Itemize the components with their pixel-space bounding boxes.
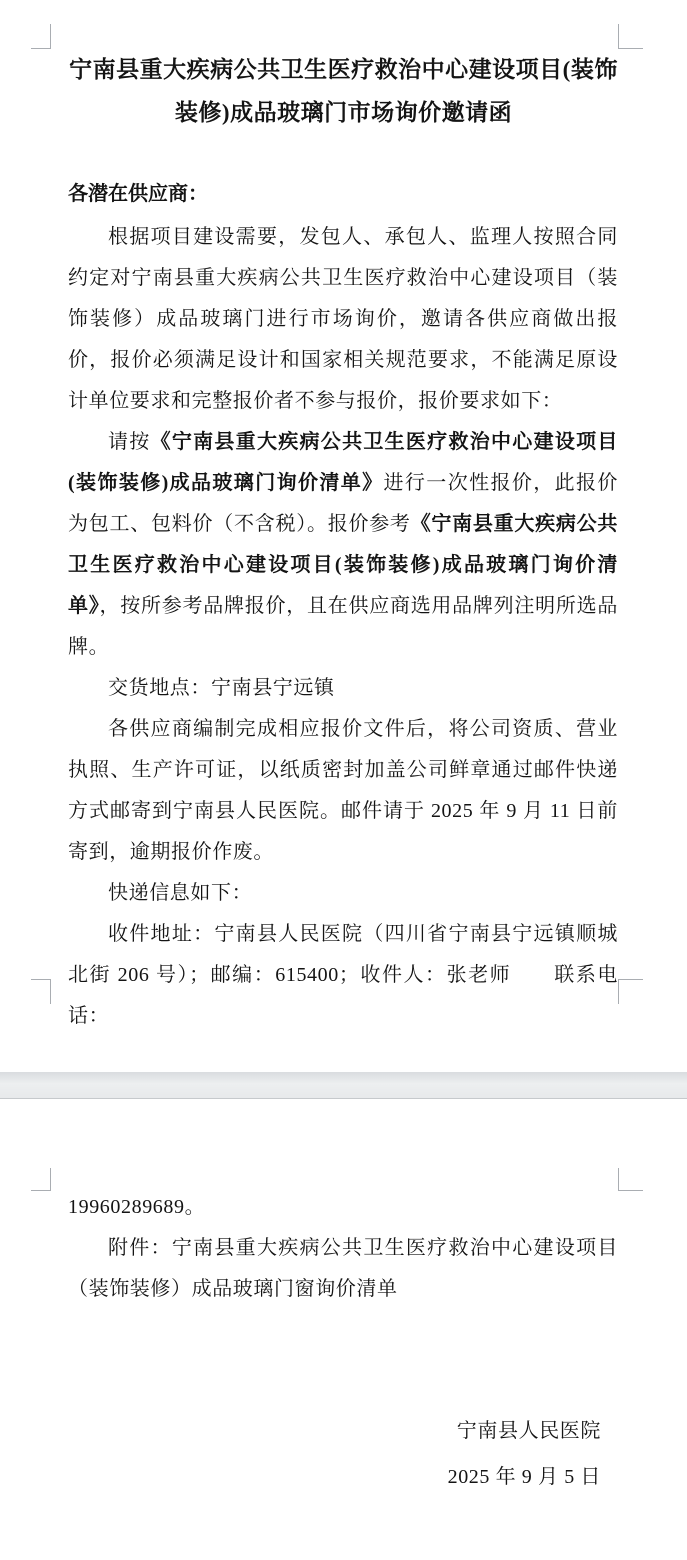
document-viewport: 宁南县重大疾病公共卫生医疗救治中心建设项目(装饰装修)成品玻璃门市场询价邀请函 … [0,0,687,1560]
crop-mark-top-left [31,1168,51,1191]
document-title: 宁南县重大疾病公共卫生医疗救治中心建设项目(装饰装修)成品玻璃门市场询价邀请函 [61,48,627,134]
crop-mark-top-left [31,24,51,49]
text-segment: 收件地址：宁南县人民医院（四川省宁南县宁远镇顺城北街 206 号）；邮编：615… [68,923,618,1027]
document-body: 根据项目建设需要，发包人、承包人、监理人按照合同约定对宁南县重大疾病公共卫生医疗… [68,217,618,1037]
crop-mark-top-right [618,1168,643,1191]
document-body-continued: 19960289689。 附件：宁南县重大疾病公共卫生医疗救治中心建设项目（装饰… [68,1187,618,1310]
document-page-1: 宁南县重大疾病公共卫生医疗救治中心建设项目(装饰装修)成品玻璃门市场询价邀请函 … [0,0,687,1072]
paragraph-project-intro: 根据项目建设需要，发包人、承包人、监理人按照合同约定对宁南县重大疾病公共卫生医疗… [68,217,618,422]
paragraph-attachment: 附件：宁南县重大疾病公共卫生医疗救治中心建设项目（装饰装修）成品玻璃门窗询价清单 [68,1228,618,1310]
paragraph-mailing-instructions: 各供应商编制完成相应报价文件后，将公司资质、营业执照、生产许可证，以纸质密封加盖… [68,709,618,873]
text-segment: 快递信息如下： [108,882,252,904]
paragraph-phone-continuation: 19960289689。 [68,1187,618,1228]
paragraph-delivery-location: 交货地点：宁南县宁远镇 [68,668,618,709]
document-page-2: 19960289689。 附件：宁南县重大疾病公共卫生医疗救治中心建设项目（装饰… [0,1099,687,1560]
salutation: 各潜在供应商： [68,181,618,207]
text-segment: 根据项目建设需要，发包人、承包人、监理人按照合同约定对宁南县重大疾病公共卫生医疗… [68,226,618,412]
paragraph-recipient-address: 收件地址：宁南县人民医院（四川省宁南县宁远镇顺城北街 206 号）；邮编：615… [68,914,618,1037]
text-segment: 交货地点：宁南县宁远镇 [108,677,335,699]
text-segment: 各供应商编制完成相应报价文件后，将公司资质、营业执照、生产许可证，以纸质密封加盖… [68,718,618,863]
paragraph-courier-info-label: 快递信息如下： [68,873,618,914]
signature-organization: 宁南县人民医院 [0,1408,601,1454]
signature-date: 2025 年 9 月 5 日 [0,1454,601,1500]
paragraph-quote-requirements: 请按《宁南县重大疾病公共卫生医疗救治中心建设项目(装饰装修)成品玻璃门询价清单》… [68,422,618,668]
page-break-separator [0,1072,687,1099]
text-segment: 请按 [108,431,151,453]
crop-mark-bottom-left [31,979,51,1004]
text-segment: ，按所参考品牌报价，且在供应商选用品牌列注明所选品牌。 [68,595,618,658]
crop-mark-bottom-right [618,979,643,1004]
crop-mark-top-right [618,24,643,49]
signature-block: 宁南县人民医院 2025 年 9 月 5 日 [0,1408,687,1500]
